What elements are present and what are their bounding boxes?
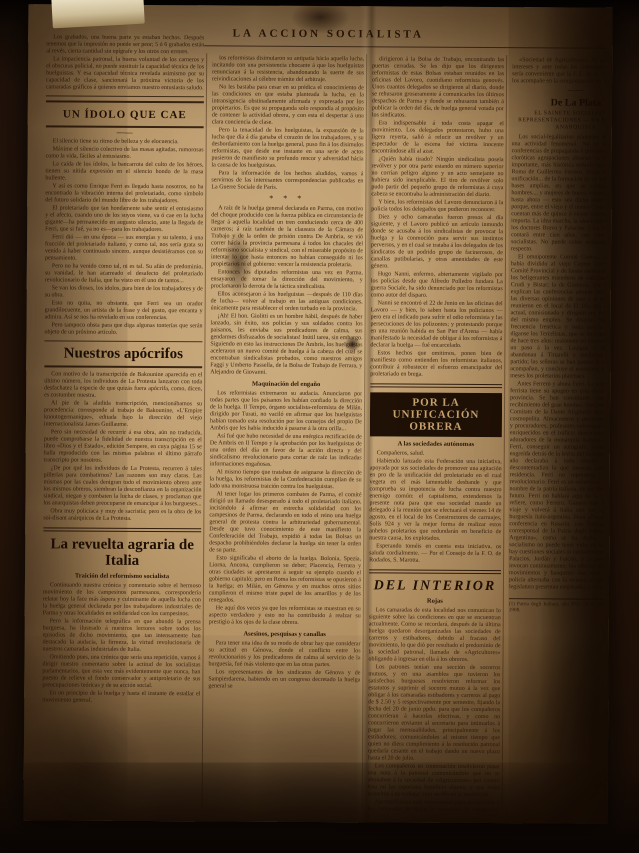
paragraph: Era indispensable á toda costa apagar el… — [372, 120, 504, 156]
paragraph: Pero no ha venido como tal, ni es tal. S… — [45, 263, 203, 285]
paragraph: Para la información de los hechos aludid… — [211, 170, 363, 192]
paragraph: Ferri dió — en una época — sus energías … — [45, 234, 203, 263]
paragraph: Pero la información telegráfica en que a… — [43, 618, 201, 654]
paragraph: Los reformistas extremaron su audacia. A… — [210, 390, 362, 433]
paragraph: dirigieron á la Bolsa de Trabajo, encont… — [372, 56, 504, 120]
paragraph: Y así es como Enrique Ferri es llegado h… — [45, 183, 203, 205]
column-2: los reformistas disimularon su antipatía… — [208, 55, 365, 814]
subtitle-sociedades-autonomas: A las sociedades autónomas — [370, 440, 502, 449]
paragraph: Antes Ferrero y ahora Ferri. La angloman… — [509, 381, 606, 592]
paragraph: Máxime el silencio colectivo de las masa… — [46, 146, 204, 161]
paragraph: Los social-legalitarios platenses dan pr… — [511, 134, 606, 254]
paragraph: Esto no quita, no obstante, que Ferri se… — [45, 300, 203, 322]
column-4-clipped-text: «Sociedad de Agricultores», de acuerdo c… — [509, 57, 606, 614]
paragraph: Nanni se encontró el 22 de Junio en las … — [370, 300, 502, 350]
paragraph: Al mismo tiempo que trataban de asignars… — [210, 469, 362, 491]
masthead-title: LA ACCION SOCIALISTA — [178, 27, 478, 41]
section-rule — [369, 569, 501, 574]
section-rule — [46, 95, 204, 97]
subtitle-asesinos: Asesinos, pesquisas y canallas — [209, 630, 361, 639]
paragraph: Ellos aconsejaron á los huelguistas —des… — [211, 291, 363, 313]
paragraph: No les bastaba para cesar en su prédica … — [212, 84, 364, 127]
masthead-rule — [204, 45, 606, 48]
paragraph: Con motivo de la transcripción de Bakoun… — [44, 371, 202, 400]
paragraph: Estos hechos que omitimos, ponen bien de… — [370, 350, 502, 379]
paragraph: He aquí dos veces ya que los reformistas… — [209, 605, 361, 627]
paragraph: Hugo Nanni, enfermo, abiertamente vigila… — [371, 271, 503, 300]
paragraph: El silencio tiene su ritmo de belleza y … — [46, 138, 204, 146]
paragraph: los reformistas disimularon su antipatía… — [212, 55, 364, 84]
paragraph: ¿Quién había tirado? Ningún sindicalista… — [371, 156, 503, 199]
paragraph: Los grabados, una buena parte ya estaban… — [46, 34, 204, 56]
subtitle-maquinacion: Maquinación del engaño — [210, 380, 362, 389]
column-4: «Sociedad de Agricultores», de acuerdo c… — [508, 57, 607, 816]
paragraph: Habiendo lanzado esta Federación una ini… — [369, 458, 502, 543]
paragraph: A raíz de la huelga general declarada en… — [211, 205, 363, 269]
paragraph: Obra muy policíaca y muy de sacristía; p… — [43, 508, 201, 523]
headline-de-la-plata: De La Plata — [512, 97, 606, 109]
paragraph: Esperando toméis en cuenta esta iniciati… — [369, 543, 501, 565]
subtitle-traicion: Traición del reformismo socialista — [43, 572, 201, 581]
newspaper-photo: LA ACCION SOCIALISTA Los grabados, una b… — [0, 0, 639, 853]
paragraph: Al pie de la aludida transcripción, menc… — [44, 400, 202, 429]
paragraph: Pero sin necesidad de recurrir á esa obr… — [44, 429, 202, 465]
paragraph: El proletariado que tan hondamente sabe … — [45, 205, 203, 234]
paragraph: Entonces los diputados reformistas una v… — [211, 269, 363, 291]
paragraph: Pero la tenacidad de los huelguistas, la… — [211, 127, 363, 170]
column-3: dirigieron á la Bolsa de Trabajo, encont… — [368, 56, 505, 815]
text-block: —— — [46, 128, 204, 136]
subtitle-rojas: Rojas — [369, 597, 501, 606]
column-1: Los grabados, una buena parte ya estaban… — [42, 34, 205, 811]
section-rule — [370, 383, 502, 388]
paragraph: Pero tampoco obsta para que diga algunas… — [44, 322, 202, 337]
paragraph: Esto significaba el aborto de la huelga.… — [209, 555, 361, 605]
paragraph: Los representantes de los sindicatos de … — [208, 669, 360, 691]
paragraph: Aprovechamos esta oportunidad para recom… — [368, 799, 500, 815]
text-block: * * * — [211, 194, 363, 203]
paragraph: Los patrones tenían una sección de socor… — [368, 664, 501, 763]
paragraph: Para tener una idea de su modo de obrar … — [208, 640, 360, 669]
headline-un-idolo-que-cae: UN ÍDOLO QUE CAE — [46, 100, 204, 128]
newspaper-page: LA ACCION SOCIALISTA Los grabados, una b… — [24, 4, 613, 824]
paragraph: Omitiendo pues, una crónica que sería un… — [42, 654, 200, 690]
paragraph: Compañeros, salud. — [370, 450, 502, 458]
paragraph: Diez y ocho camaradas fueron presos al d… — [371, 214, 503, 271]
headline-por-la-unificacion-obrera: POR LA UNIFICACIÓN OBRERA — [370, 392, 502, 437]
paragraph: «Sociedad de Agricultores», de acuerdo c… — [512, 57, 606, 86]
under-page-sliver — [51, 0, 145, 28]
paragraph: El omnipotente Comité Central, que tres … — [510, 254, 606, 381]
headline-del-interior: DEL INTERIOR — [369, 578, 501, 594]
paragraph: Los camaradas de esta localidad nos comu… — [368, 607, 500, 664]
paragraph: Continuando nuestra crónica y comentario… — [43, 582, 201, 618]
headline-la-revuelta-agraria-de-italia: La revuelta agraria de Italia — [43, 536, 201, 569]
text-block: —— — [512, 86, 606, 94]
section-rule — [44, 340, 202, 342]
paragraph: Así fué que hubo necesidad de una enérgi… — [210, 433, 362, 469]
paragraph: La impaciencia patronal, la buena volunt… — [46, 56, 204, 92]
footnote: (1) Patria degli Italiani, año XVI, 30 d… — [509, 598, 606, 614]
paragraph: ¡Ah! El hon. Giolitti es un hombre hábil… — [210, 313, 362, 377]
paragraph: ¿De por qué los individuos de La Protest… — [43, 465, 201, 508]
paragraph: En un principio de la huelga y hasta el … — [42, 690, 200, 705]
paragraph: Al tener lugar los primeros combates de … — [209, 491, 361, 555]
paragraph: Y bien, los reformistas del Lavoro denun… — [371, 199, 503, 214]
paragraph: La caída de los ídolos, la bancarrota de… — [45, 161, 203, 183]
subtitle-sainete: EL SAINETE SOCIALISTA — REPRESENTACIONES… — [512, 110, 606, 132]
headline-nuestros-apocrifos: Nuestros apócrifos — [44, 345, 202, 368]
paragraph: Se van los dioses, los ídolos, para bien… — [45, 285, 203, 300]
paragraph: Los compañeros en contestación resolvier… — [368, 763, 500, 799]
section-rule — [43, 527, 201, 532]
